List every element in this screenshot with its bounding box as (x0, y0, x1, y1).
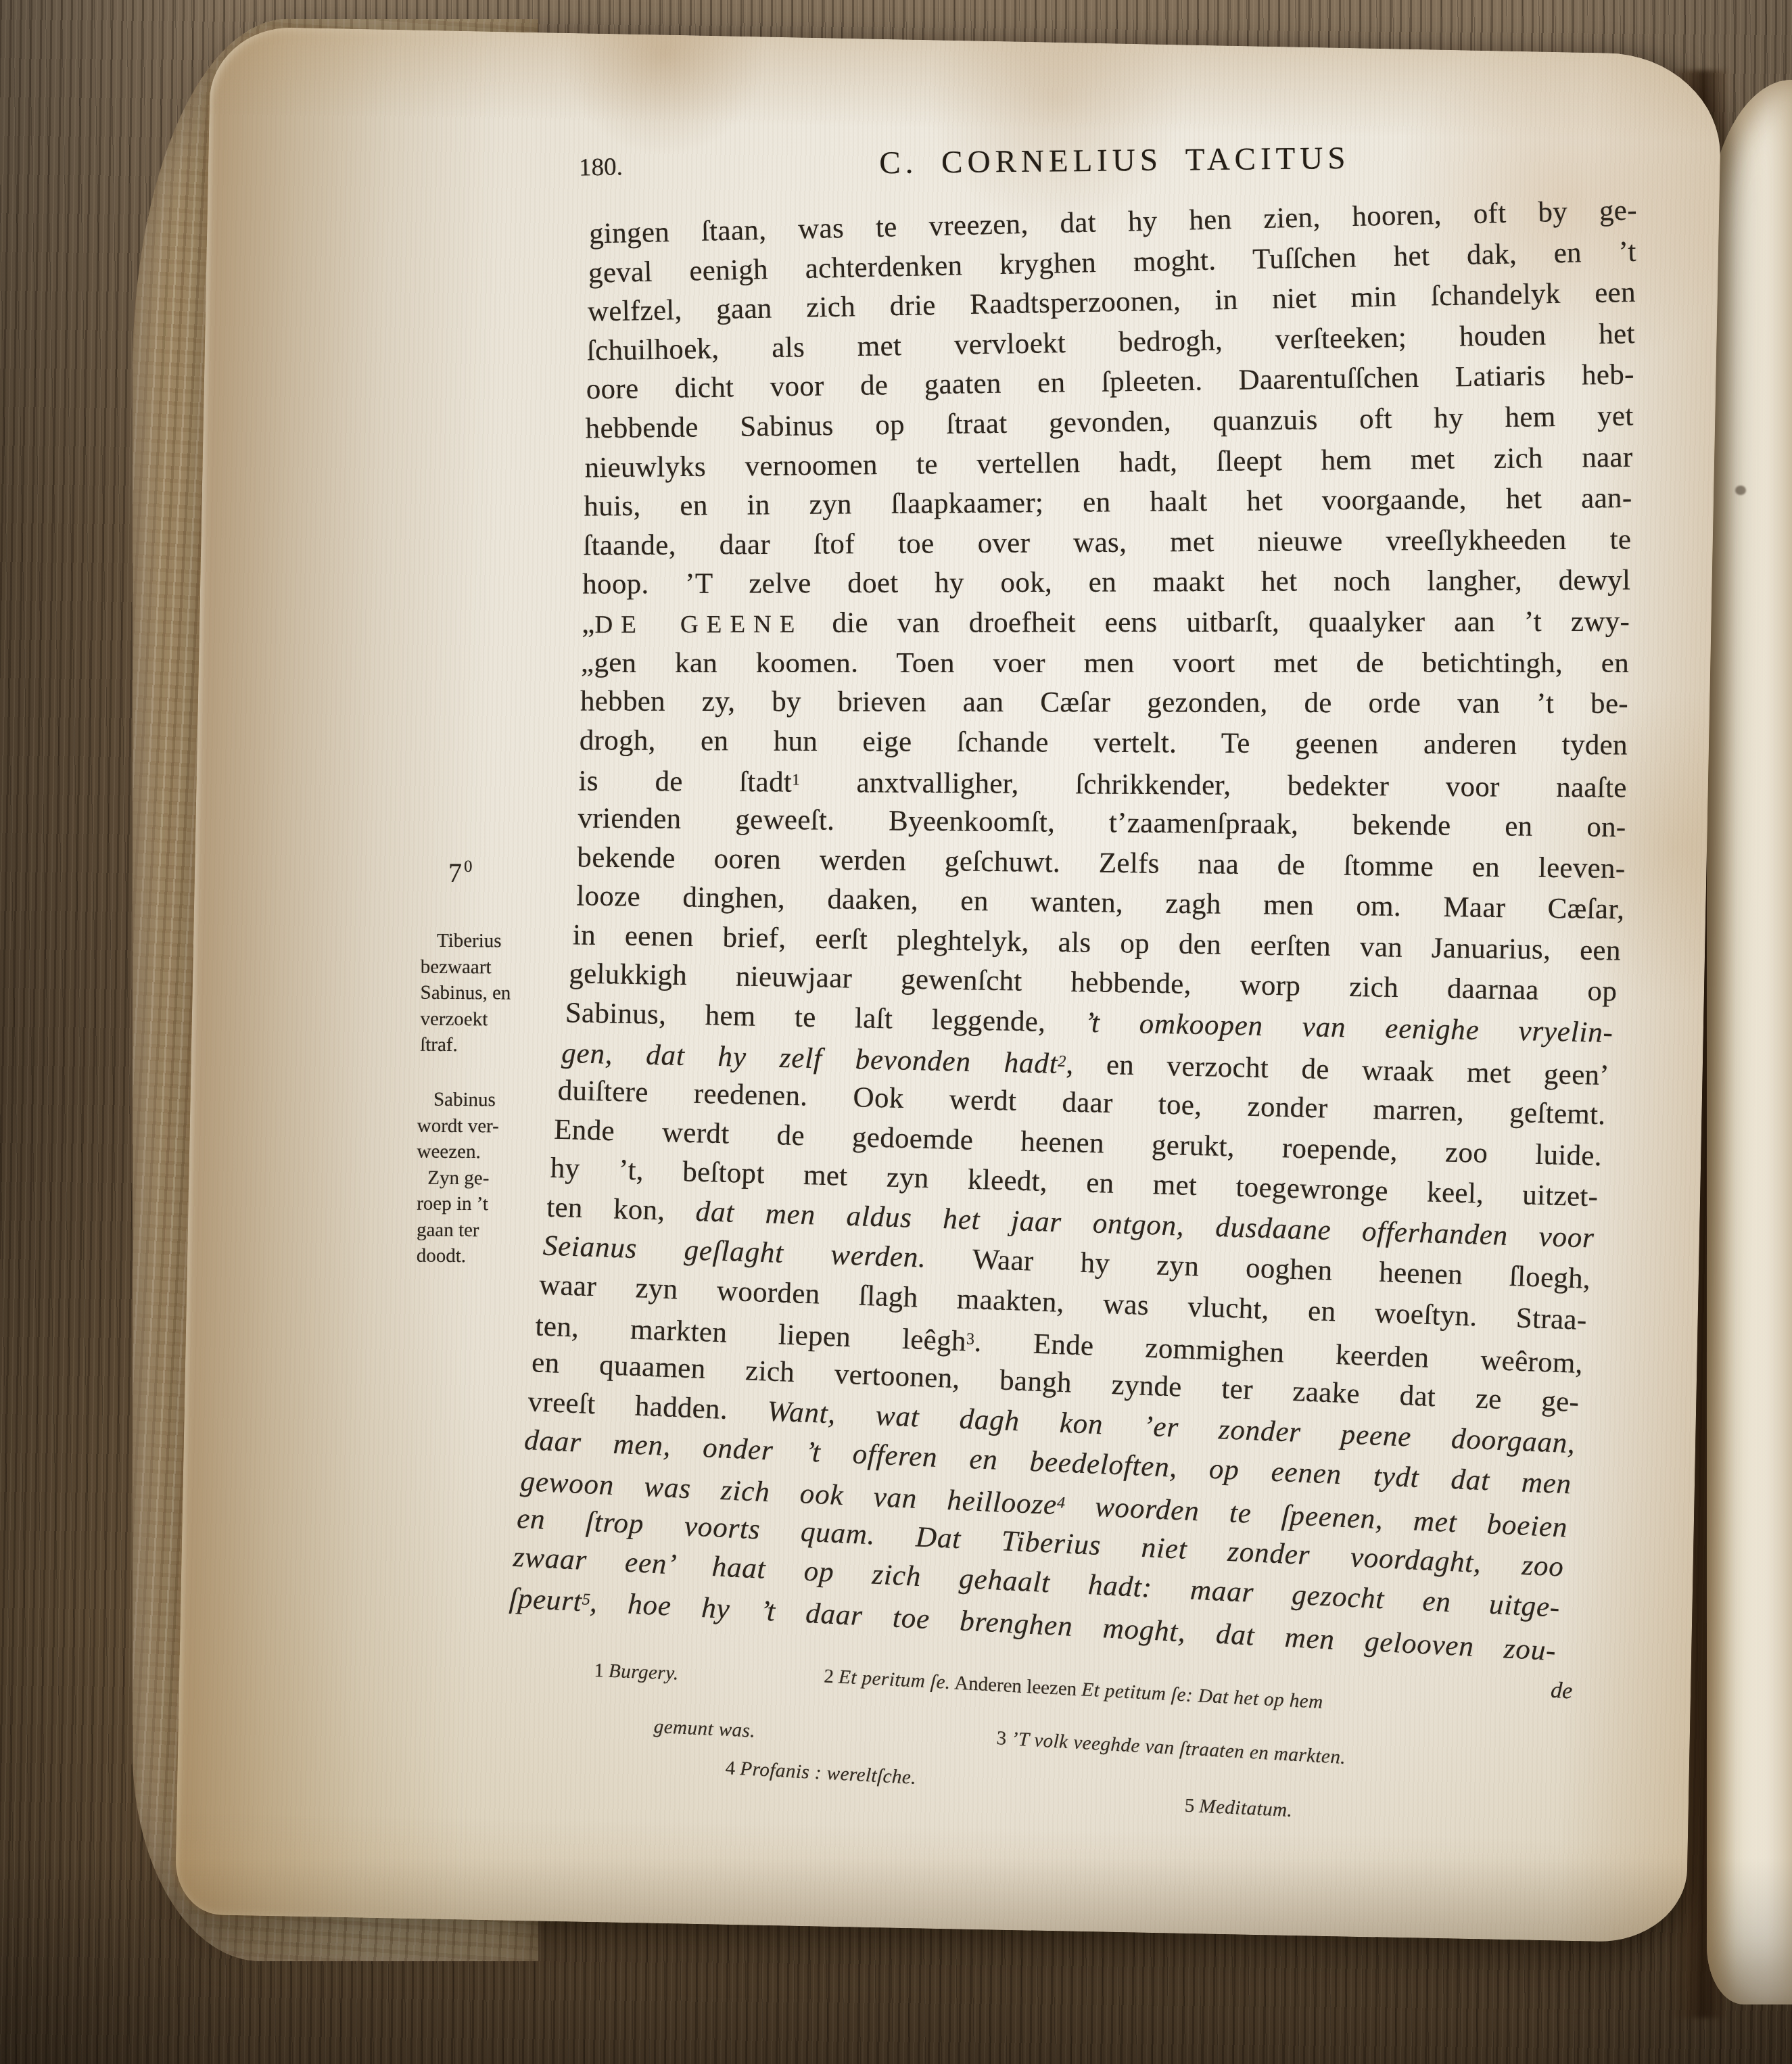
margin-note-line: bezwaart (421, 954, 593, 981)
text-segment: 1 (792, 772, 800, 789)
text-segment: 5 (1184, 1795, 1200, 1817)
text-segment: die van droefheit eens uitbarſt, quaalyk… (803, 606, 1630, 639)
text-segment: bekende ooren werden geſchuwt. Zelfs naa… (577, 841, 1625, 885)
text-segment: Sabinus, hem te laſt leggende, (565, 997, 1085, 1039)
text-segment: vrienden geweeſt. Byeenkoomſt, t’zaamenſ… (577, 802, 1626, 843)
footnote: 1 Burgery. (594, 1660, 679, 1685)
text-segment: Burgery. (609, 1660, 680, 1685)
body-text-line: hoop. ’T zelve doet hy ook, en maakt het… (582, 561, 1630, 605)
text-segment: drogh, en hun eige ſchande vertelt. Te g… (580, 724, 1628, 761)
running-title: C. CORNELIUS TACITUS (692, 138, 1537, 183)
text-segment: „ (582, 607, 594, 639)
footnote: 3 ’T volk veeghde van ſtraaten en markte… (996, 1727, 1346, 1769)
text-segment: huis, en in zyn ſlaapkaamer; en haalt he… (584, 482, 1632, 522)
photo-scene: 180. C. CORNELIUS TACITUS 70 Tiberiusbez… (0, 0, 1792, 2064)
body-text-line: „gen kan koomen. Toen voer men voort met… (581, 643, 1629, 682)
catchword: de (1550, 1678, 1573, 1704)
footnote: 5 Meditatum. (1184, 1795, 1293, 1822)
foxing-spot (1735, 486, 1746, 495)
text-segment: 2 (824, 1665, 839, 1687)
text-segment: 1 (594, 1660, 609, 1682)
body-text-line: „DE GEENE die van droefheit eens uitbarſ… (582, 603, 1630, 643)
body-text-line: hebben zy, by brieven aan Cæſar gezonden… (580, 682, 1628, 724)
text-segment: anxtvalligher, ſchrikkender, bedekter vo… (800, 767, 1627, 804)
text-segment: ’t omkoopen van eenighe vryelin- (1084, 1007, 1613, 1049)
text-segment: 2 (1058, 1053, 1066, 1071)
text-segment: gemunt was. (653, 1716, 756, 1742)
margin-note-line: Tiberius (421, 928, 593, 955)
footnote: 2 Et peritum ſe. Anderen leezen Et petit… (824, 1665, 1324, 1714)
text-segment: nieuwlyks vernoomen te vertellen hadt, ſ… (584, 441, 1632, 484)
body-text-line: drogh, en hun eige ſchande vertelt. Te g… (580, 721, 1628, 765)
text-segment: ſpeurt (509, 1582, 583, 1618)
text-segment: Anderen leezen (950, 1672, 1082, 1700)
section-number: 70 (448, 857, 473, 889)
body-text-line: huis, en in zyn ſlaapkaamer; en haalt he… (584, 479, 1632, 526)
facing-page-edge (1707, 80, 1792, 2004)
text-segment: ten kon, (546, 1192, 697, 1228)
text-segment: ’T volk veeghde van ſtraaten en markten. (1011, 1728, 1346, 1768)
text-segment: Et peritum ſe. (838, 1666, 951, 1694)
footnote: gemunt was. (653, 1716, 756, 1743)
footnote: 4 Profanis : wereltſche. (725, 1757, 917, 1789)
text-segment: 4 (725, 1757, 740, 1779)
text-segment: Meditatum. (1199, 1796, 1293, 1821)
text-segment: hebben zy, by brieven aan Cæſar gezonden… (580, 686, 1628, 720)
body-text-line: is de ſtadt1 anxtvalligher, ſchrikkender… (579, 760, 1627, 806)
body-text: gingen ſtaan, was te vreezen, dat hy hen… (563, 215, 1638, 1637)
text-segment: hoop. ’T zelve doet hy ook, en maakt het… (582, 565, 1630, 601)
text-segment: vreeſt hadden. (527, 1386, 768, 1427)
text-segment: „gen kan koomen. Toen voer men voort met… (581, 647, 1629, 679)
page-number: 180. (579, 152, 623, 182)
text-segment: 3 (996, 1727, 1012, 1750)
text-segment: Et petitum ſe: Dat het op hem (1081, 1679, 1324, 1713)
text-segment: DE GEENE (595, 611, 803, 639)
text-segment: is de ſtadt (579, 766, 793, 799)
text-segment: ſtaande, daar ſtof toe over was, met nie… (583, 523, 1631, 561)
body-text-line: ſtaande, daar ſtof toe over was, met nie… (583, 520, 1631, 565)
book-page: 180. C. CORNELIUS TACITUS 70 Tiberiusbez… (174, 26, 1722, 1943)
text-segment: Profanis : wereltſche. (740, 1758, 917, 1789)
